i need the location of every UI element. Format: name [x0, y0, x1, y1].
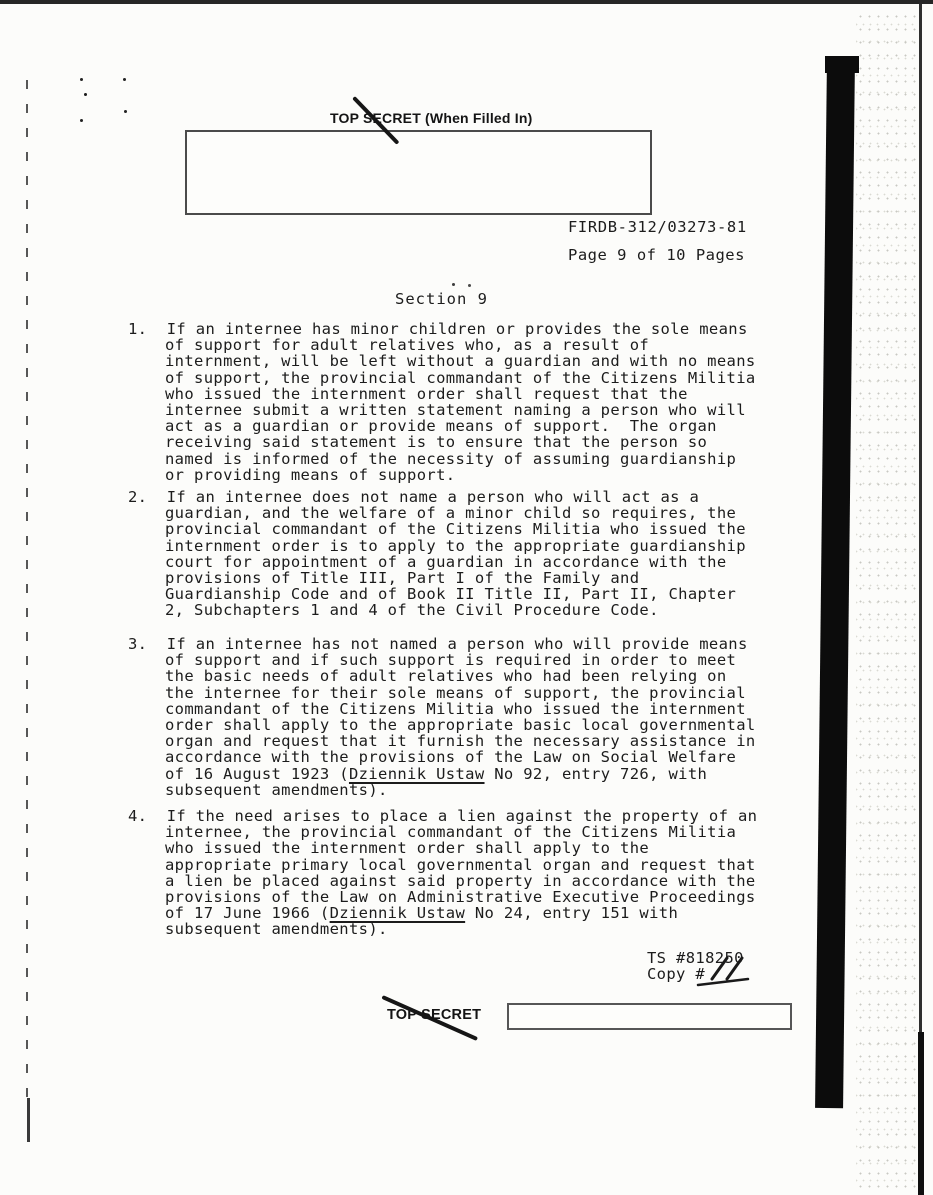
routing-box-top: [185, 130, 652, 215]
left-margin-line-foot: [27, 1098, 30, 1142]
paragraph: 4. If the need arises to place a lien ag…: [128, 808, 815, 938]
document-number: FIRDB-312/03273-81: [568, 219, 747, 235]
scan-noise-band: [856, 10, 918, 1195]
handwritten-copy-number: [696, 955, 754, 989]
underlined-citation: Dziennik Ustaw: [330, 904, 466, 922]
classification-header: TOP SECRET (When Filled In): [330, 110, 532, 126]
paragraph: 2. If an internee does not name a person…: [128, 489, 815, 619]
redaction-bar: [815, 56, 855, 1108]
scan-specks: [80, 78, 83, 81]
page-border-right-thick: [918, 1032, 924, 1195]
underlined-citation: Dziennik Ustaw: [349, 765, 485, 783]
paragraph: 3. If an internee has not named a person…: [128, 636, 815, 798]
paragraph: 1. If an internee has minor children or …: [128, 321, 815, 483]
scanned-document-page: { "document": { "header": { "classificat…: [0, 0, 933, 1195]
page-border-top: [0, 0, 933, 4]
section-title: Section 9: [395, 291, 488, 307]
left-margin-line: [26, 80, 28, 1098]
routing-box-bottom: [507, 1003, 792, 1030]
page-number-label: Page 9 of 10 Pages: [568, 247, 745, 263]
page-border-right: [919, 4, 922, 1034]
